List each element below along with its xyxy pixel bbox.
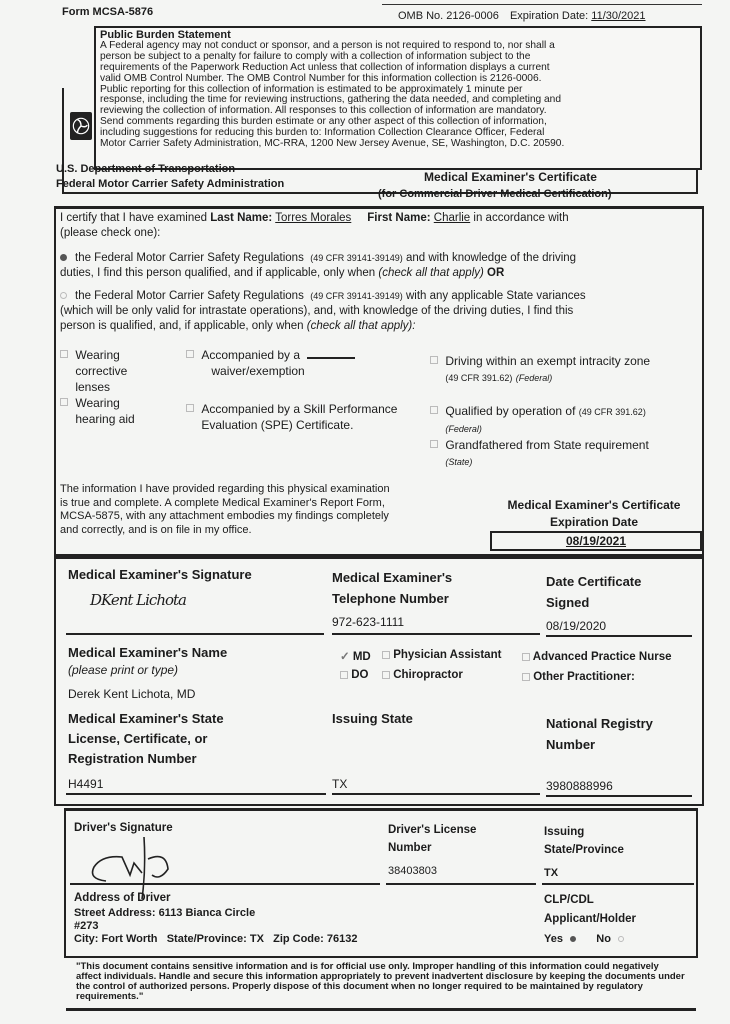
grandfathered-state: (State) [445, 457, 472, 467]
intracity-federal: (Federal) [516, 373, 553, 383]
option2-text-d: person is qualified, and, if applicable,… [60, 320, 304, 332]
certify-intro: I certify that I have examined [60, 212, 207, 224]
option2-text: the Federal Motor Carrier Safety Regulat… [75, 290, 304, 302]
credential-chiropractor[interactable]: Chiropractor [382, 669, 463, 681]
driver-license-number: 38403803 [388, 865, 437, 877]
credential-label: Other Practitioner: [533, 671, 635, 683]
option-state-variance: the Federal Motor Carrier Safety Regulat… [60, 289, 700, 334]
driver-state-label-2: State/Province [544, 841, 624, 859]
issuing-state: TX [332, 777, 347, 791]
qualified-federal: (Federal) [445, 424, 482, 434]
waiver-label-2: waiver/exemption [211, 364, 304, 378]
attestation-line: MCSA-5875, with any attachment embodies … [60, 510, 490, 524]
waiver-label-1: Accompanied by a [201, 348, 300, 362]
license-number: H4491 [68, 777, 103, 791]
registry-rule [546, 795, 692, 797]
grandfathered-label: Grandfathered from State requirement [445, 438, 648, 452]
credential-label: DO [351, 669, 368, 681]
intracity-label: Driving within an exempt intracity zone [445, 354, 650, 368]
condition-waiver[interactable]: Accompanied by a waiver/exemption [186, 347, 426, 379]
checkbox[interactable] [60, 398, 68, 406]
last-name-value: Torres Morales [275, 212, 351, 224]
condition-corrective-lenses[interactable]: Wearing corrective lenses [60, 347, 180, 395]
accordance-text: in accordance with [473, 212, 568, 224]
license-label-3: Registration Number [68, 749, 224, 769]
option1-text-c: duties, I find this person qualified, an… [60, 267, 375, 279]
public-burden-statement: Public Burden Statement A Federal agency… [94, 26, 702, 170]
option2-cfr: (49 CFR 39141-39149) [310, 291, 403, 301]
option2-text-c: (which will be only valid for intrastate… [60, 305, 573, 317]
checkbox[interactable] [382, 671, 390, 679]
administration-name: Federal Motor Carrier Safety Administrat… [56, 177, 284, 192]
credential-label: MD [353, 651, 371, 663]
phone-label-2: Telephone Number [332, 588, 452, 609]
expiration-label: Expiration Date: [510, 10, 588, 22]
certificate-title: Medical Examiner's Certificate [424, 170, 597, 184]
no-radio[interactable] [618, 936, 624, 942]
certificate-expiration-date: 08/19/2021 [566, 534, 626, 548]
option1-check-all: (check all that apply) [378, 267, 483, 279]
issuing-state-label: Issuing State [332, 709, 413, 729]
clp-no-option[interactable]: No [596, 933, 632, 945]
license-rule [66, 793, 326, 795]
registry-label-2: Number [546, 734, 653, 755]
date-signed: 08/19/2020 [546, 619, 606, 633]
registry-label-1: National Registry [546, 713, 653, 734]
waiver-blank [307, 357, 355, 359]
zip-code: 76132 [327, 933, 358, 945]
checkbox[interactable] [430, 356, 438, 364]
examiner-name: Derek Kent Lichota, MD [68, 687, 195, 701]
sensitive-information-notice: "This document contains sensitive inform… [76, 962, 686, 1002]
examiner-signature: DKent Lichota [90, 591, 186, 609]
qualified-cfr: (49 CFR 391.62) [579, 407, 646, 417]
state-province: TX [250, 933, 264, 945]
zip-label: Zip Code: [273, 933, 324, 945]
city-label: City: [74, 933, 98, 945]
clp-label-2: Applicant/Holder [544, 910, 636, 929]
omb-info: OMB No. 2126-0006 Expiration Date: 11/30… [398, 10, 646, 22]
signature-rule [66, 633, 324, 635]
state-rule [332, 793, 540, 795]
checkmark-icon: ✓ [340, 651, 350, 663]
driver-license-label-1: Driver's License [388, 821, 476, 839]
driver-license-label: Driver's License Number [388, 821, 476, 857]
condition-intracity-zone[interactable]: Driving within an exempt intracity zone … [430, 353, 700, 386]
department-name: U.S. Department of Transportation [56, 162, 284, 177]
condition-grandfathered[interactable]: Grandfathered from State requirement (St… [430, 437, 700, 470]
date-label-2: Signed [546, 592, 641, 613]
clp-cdl-radios: Yes No [544, 933, 632, 945]
state-province-label: State/Province: [167, 933, 247, 945]
attestation-text: The information I have provided regardin… [60, 483, 490, 537]
date-signed-label: Date Certificate Signed [546, 571, 641, 613]
condition-label: Driving within an exempt intracity zone … [445, 353, 650, 386]
checkbox[interactable] [522, 653, 530, 661]
driver-address: Street Address: 6113 Bianca Circle #273 … [74, 907, 357, 946]
credential-label: Physician Assistant [393, 649, 501, 661]
clp-cdl-label: CLP/CDL Applicant/Holder [544, 891, 636, 929]
burden-line: valid OMB Control Number. The OMB Contro… [100, 74, 696, 85]
examiner-name-label: Medical Examiner's Name [68, 643, 227, 663]
examiner-phone-label: Medical Examiner's Telephone Number [332, 567, 452, 609]
option2-text-b: with any applicable State variances [406, 290, 586, 302]
license-label-1: Medical Examiner's State [68, 709, 224, 729]
certification-section: I certify that I have examined Last Name… [54, 206, 704, 556]
attestation-line: and correctly, and is on file in my offi… [60, 524, 490, 538]
condition-label: Grandfathered from State requirement (St… [445, 437, 648, 470]
checkbox[interactable] [340, 671, 348, 679]
credential-do[interactable]: DO [340, 669, 368, 681]
condition-label: Accompanied by a Skill Performance Evalu… [201, 401, 397, 433]
certificate-expiration-field[interactable]: 08/19/2021 [490, 531, 702, 551]
phone-rule [332, 633, 540, 635]
yes-label: Yes [544, 933, 563, 945]
checkbox[interactable] [186, 350, 194, 358]
credential-apn[interactable]: Advanced Practice Nurse [522, 651, 671, 663]
credential-other[interactable]: Other Practitioner: [522, 671, 635, 683]
driver-state-label: Issuing State/Province [544, 823, 624, 859]
spe-label-1: Accompanied by a Skill Performance [201, 402, 397, 416]
driver-license-label-2: Number [388, 839, 476, 857]
city-state-zip: City: Fort Worth State/Province: TX Zip … [74, 933, 357, 946]
phone-label-1: Medical Examiner's [332, 567, 452, 588]
qualified-label: Qualified by operation of [445, 404, 575, 418]
driver-address-label: Address of Driver [74, 889, 171, 907]
form-number: Form MCSA-5876 [62, 6, 153, 18]
date-label-1: Date Certificate [546, 571, 641, 592]
last-name-label: Last Name: [210, 212, 272, 224]
attestation-line: The information I have provided regardin… [60, 483, 490, 497]
checkbox[interactable] [430, 406, 438, 414]
intracity-cfr: (49 CFR 391.62) [445, 373, 512, 383]
or-label: OR [487, 267, 504, 279]
expiration-title-2: Expiration Date [486, 514, 702, 531]
examiner-section: Medical Examiner's Signature DKent Licho… [54, 556, 704, 806]
checkbox[interactable] [382, 651, 390, 659]
form-expiration-date: 11/30/2021 [591, 10, 645, 22]
driver-state: TX [544, 867, 558, 879]
burden-line: Motor Carrier Safety Administration, MC-… [100, 139, 696, 150]
driver-state-label-1: Issuing [544, 823, 624, 841]
agency-name: U.S. Department of Transportation Federa… [56, 162, 284, 192]
street-address: Street Address: 6113 Bianca Circle [74, 907, 357, 920]
certify-line: I certify that I have examined Last Name… [60, 211, 700, 241]
burden-line: requirements of the Paperwork Reduction … [100, 63, 696, 74]
option-federal-radio[interactable] [60, 254, 67, 261]
license-label-2: License, Certificate, or [68, 729, 224, 749]
examiner-phone: 972-623-1111 [332, 615, 404, 629]
driver-state-rule [542, 883, 694, 885]
check-one-hint: (please check one): [60, 227, 160, 239]
yes-radio[interactable] [570, 936, 576, 942]
date-rule [546, 635, 692, 637]
condition-label: Accompanied by a waiver/exemption [201, 347, 355, 379]
examiner-signature-label: Medical Examiner's Signature [68, 565, 252, 585]
first-name-label: First Name: [367, 212, 430, 224]
condition-qualified-operation[interactable]: Qualified by operation of (49 CFR 391.62… [430, 403, 700, 437]
credential-label: Chiropractor [393, 669, 463, 681]
attestation-line: is true and complete. A complete Medical… [60, 497, 490, 511]
license-label: Medical Examiner's State License, Certif… [68, 709, 224, 769]
certificate-subtitle: (for Commercial Driver Medical Certifica… [378, 188, 612, 200]
credential-physician-assistant[interactable]: Physician Assistant [382, 649, 501, 661]
option-federal: the Federal Motor Carrier Safety Regulat… [60, 251, 700, 281]
clp-yes-option[interactable]: Yes [544, 933, 587, 945]
condition-spe[interactable]: Accompanied by a Skill Performance Evalu… [186, 401, 436, 433]
option1-text: the Federal Motor Carrier Safety Regulat… [75, 252, 304, 264]
expiration-title: Medical Examiner's Certificate Expiratio… [486, 497, 702, 531]
registry-label: National Registry Number [546, 713, 653, 755]
checkbox[interactable] [522, 673, 530, 681]
option-state-radio[interactable] [60, 292, 67, 299]
medical-examiner-certificate-form: Form MCSA-5876 OMB No. 2126-0006 Expirat… [52, 0, 704, 1024]
unit-number: #273 [74, 920, 357, 933]
examiner-name-hint: (please print or type) [68, 663, 178, 677]
driver-license-rule [386, 883, 536, 885]
checkbox[interactable] [430, 440, 438, 448]
option1-text-b: and with knowledge of the driving [406, 252, 576, 264]
condition-label: Qualified by operation of (49 CFR 391.62… [445, 403, 645, 437]
condition-label: Wearing hearing aid [75, 395, 155, 427]
option1-cfr: (49 CFR 39141-39149) [310, 253, 403, 263]
driver-section: Driver's Signature Driver's License Numb… [64, 808, 698, 958]
condition-label: Wearing corrective lenses [75, 347, 155, 395]
bottom-rule [66, 1008, 696, 1011]
driver-signature-rule [70, 883, 380, 885]
credential-label: Advanced Practice Nurse [533, 651, 672, 663]
no-label: No [596, 933, 611, 945]
dot-triskelion-icon [70, 112, 92, 140]
city: Fort Worth [102, 933, 158, 945]
checkbox[interactable] [186, 404, 194, 412]
checkbox[interactable] [60, 350, 68, 358]
top-rule [382, 4, 702, 5]
clp-label-1: CLP/CDL [544, 891, 636, 910]
option2-check-all: (check all that apply): [307, 320, 416, 332]
first-name-value: Charlie [434, 212, 470, 224]
spe-label-2: Evaluation (SPE) Certificate. [201, 418, 353, 432]
registry-number: 3980888996 [546, 779, 613, 793]
condition-hearing-aid[interactable]: Wearing hearing aid [60, 395, 180, 427]
expiration-title-1: Medical Examiner's Certificate [486, 497, 702, 514]
omb-number: OMB No. 2126-0006 [398, 10, 499, 22]
credential-md[interactable]: ✓ MD [340, 649, 371, 663]
